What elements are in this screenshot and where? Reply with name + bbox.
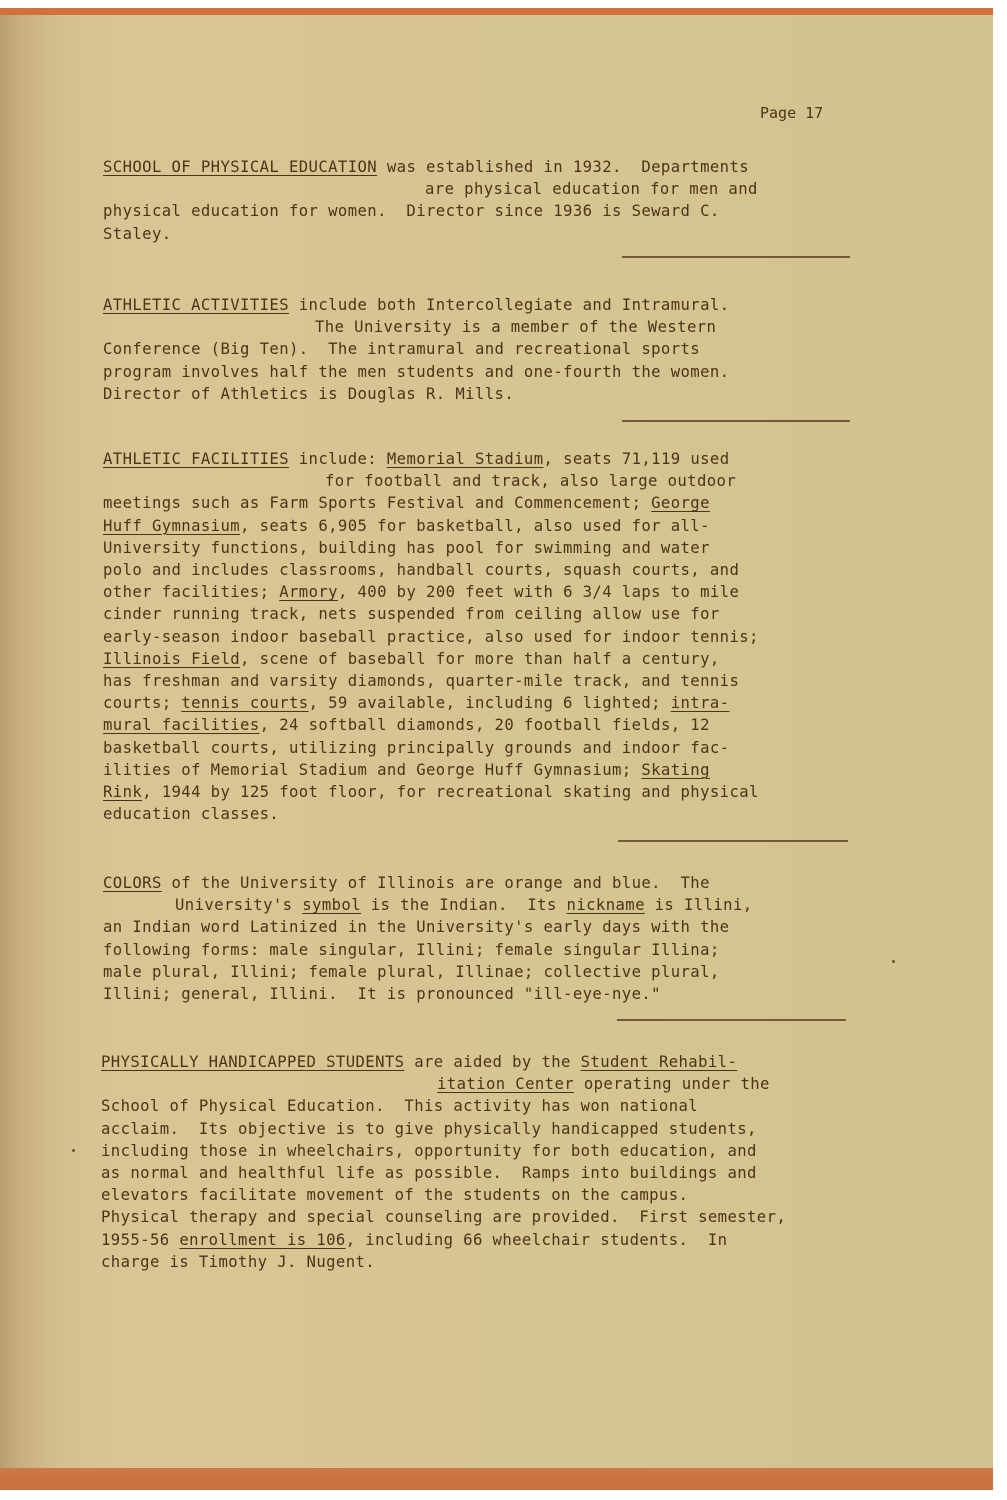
section-heading: ATHLETIC ACTIVITIES <box>103 296 289 314</box>
section-divider <box>622 420 850 422</box>
section-divider <box>622 256 850 258</box>
section-heading: ATHLETIC FACILITIES <box>103 450 289 468</box>
section-divider <box>617 1019 846 1021</box>
stray-mark <box>892 960 895 963</box>
section-handicapped-students: PHYSICALLY HANDICAPPED STUDENTS are aide… <box>101 1051 786 1273</box>
section-heading: PHYSICALLY HANDICAPPED STUDENTS <box>101 1053 404 1071</box>
stray-mark <box>72 1149 75 1152</box>
document-page: Page 17 SCHOOL OF PHYSICAL EDUCATION was… <box>0 8 993 1490</box>
section-athletic-activities: ATHLETIC ACTIVITIES include both Interco… <box>103 294 729 405</box>
section-athletic-facilities: ATHLETIC FACILITIES include: Memorial St… <box>103 448 759 825</box>
section-colors: COLORS of the University of Illinois are… <box>103 872 753 1005</box>
page-number: Page 17 <box>760 104 823 122</box>
section-divider <box>618 840 848 842</box>
section-heading: SCHOOL OF PHYSICAL EDUCATION <box>103 158 377 176</box>
section-heading: COLORS <box>103 874 162 892</box>
section-school-physical-education: SCHOOL OF PHYSICAL EDUCATION was establi… <box>103 156 758 245</box>
